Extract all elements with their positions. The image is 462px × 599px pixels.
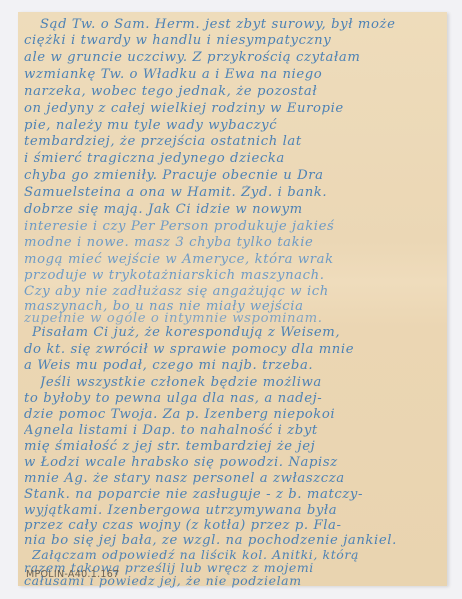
text-line: do kt. się zwrócił w sprawie pomocy dla … bbox=[24, 342, 439, 357]
text-line: modne i nowe. masz 3 chyba tylko takie bbox=[24, 235, 439, 250]
text-line: mogą mieć wejście w Ameryce, która wrak bbox=[24, 252, 439, 267]
text-line: dobrze się mają. Jak Ci idzie w nowym bbox=[24, 202, 439, 217]
text-line: ciężki i twardy w handlu i niesympatyczn… bbox=[24, 33, 439, 48]
text-line: interesie i czy Per Person produkuje jak… bbox=[24, 219, 439, 234]
text-line: mnie Ag. że stary nasz personel a zwłasz… bbox=[24, 471, 439, 486]
text-line: chyba go zmieniły. Pracuje obecnie u Dra bbox=[24, 168, 439, 183]
text-line: dzie pomoc Twoja. Za p. Izenberg niepoko… bbox=[24, 407, 439, 422]
text-line: przoduje w trykotażniarskich maszynach. bbox=[24, 268, 439, 283]
text-line: i śmierć tragiczna jedynego dziecka bbox=[24, 151, 439, 166]
text-line: Jeśli wszystkie członek będzie możliwa bbox=[40, 375, 439, 390]
text-line: narzeka, wobec tego jednak, że pozostał bbox=[24, 84, 439, 99]
text-line: Agnela listami i Dap. to nahalność i zby… bbox=[24, 423, 439, 438]
text-line: mię śmiałość z jej str. tembardziej że j… bbox=[24, 439, 439, 454]
text-line: to byłoby to pewna ulga dla nas, a nadej… bbox=[24, 391, 439, 406]
text-line: Stank. na poparcie nie zasługuje - z b. … bbox=[24, 487, 439, 502]
text-line: ale w gruncie uczciwy. Z przykrością czy… bbox=[24, 50, 439, 65]
text-line: nia bo się jej bała, ze wzgl. na pochodz… bbox=[24, 533, 439, 548]
text-line: Sąd Tw. o Sam. Herm. jest zbyt surowy, b… bbox=[40, 17, 439, 32]
handwritten-text: Sąd Tw. o Sam. Herm. jest zbyt surowy, b… bbox=[18, 12, 447, 586]
catalog-mark: MPOLIN-A40.1.167 bbox=[26, 569, 119, 580]
text-line: wzmiankę Tw. o Władku a i Ewa na niego bbox=[24, 67, 439, 82]
letter-page: Sąd Tw. o Sam. Herm. jest zbyt surowy, b… bbox=[18, 12, 447, 586]
text-line: on jedyny z całej wielkiej rodziny w Eur… bbox=[24, 101, 439, 116]
text-line: zupełnie w ogóle o intymnie wspominam. bbox=[24, 311, 439, 326]
text-line: Samuelsteina a ona w Hamit. Żyd. i bank. bbox=[24, 185, 439, 200]
text-line: przez cały czas wojny (z kotła) przez p.… bbox=[24, 518, 439, 533]
text-line: w Łodzi wcale hrabsko się powodzi. Napis… bbox=[24, 455, 439, 470]
text-line: a Weis mu podał, czego mi najb. trzeba. bbox=[24, 358, 439, 373]
text-line: tembardziej, że przejścia ostatnich lat bbox=[24, 134, 439, 149]
text-line: Czy aby nie zadłużasz się angażując w ic… bbox=[24, 284, 439, 299]
text-line: wyjątkami. Izenbergowa utrzymywana była bbox=[24, 503, 439, 518]
text-line: Pisałam Ci już, że korespondują z Weisem… bbox=[32, 325, 439, 340]
text-line: pie, należy mu tyle wady wybaczyć bbox=[24, 118, 439, 133]
